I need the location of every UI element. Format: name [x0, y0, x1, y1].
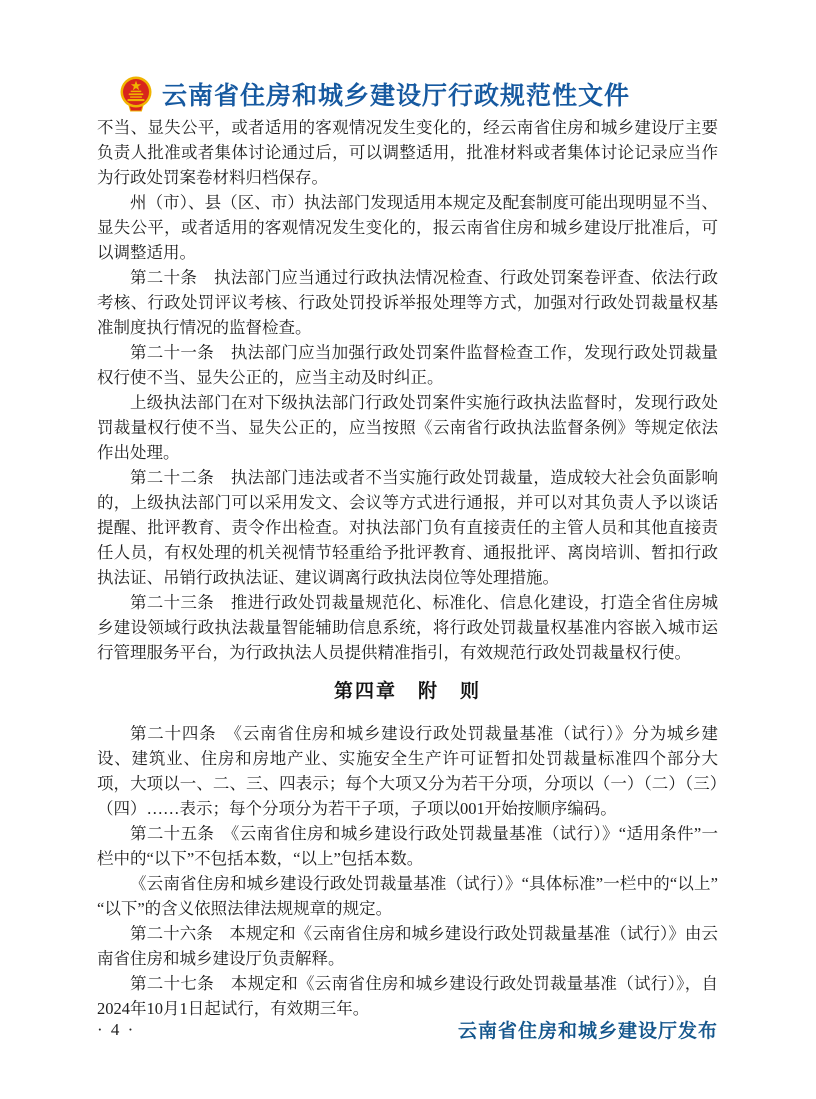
paragraph: 不当、显失公平，或者适用的客观情况发生变化的，经云南省住房和城乡建设厅主要负责人… [97, 115, 718, 190]
page-number: · 4 · [97, 1020, 135, 1040]
paragraph: 第二十四条 《云南省住房和城乡建设行政处罚裁量基准（试行）》分为城乡建设、建筑业… [97, 721, 718, 821]
paragraph: 第二十三条 推进行政处罚裁量规范化、标准化、信息化建设，打造全省住房城乡建设领域… [97, 590, 718, 665]
paragraph: 第二十二条 执法部门违法或者不当实施行政处罚裁量，造成较大社会负面影响的，上级执… [97, 465, 718, 590]
document-body: 不当、显失公平，或者适用的客观情况发生变化的，经云南省住房和城乡建设厅主要负责人… [97, 115, 718, 1021]
paragraph: 第二十七条 本规定和《云南省住房和城乡建设行政处罚裁量基准（试行）》，自2024… [97, 971, 718, 1021]
publisher-label: 云南省住房和城乡建设厅发布 [458, 1016, 718, 1043]
paragraph: 第二十六条 本规定和《云南省住房和城乡建设行政处罚裁量基准（试行）》由云南省住房… [97, 921, 718, 971]
document-header-title: 云南省住房和城乡建设厅行政规范性文件 [162, 76, 630, 112]
chapter-heading: 第四章 附 则 [97, 679, 718, 704]
national-emblem-icon [117, 75, 155, 113]
paragraph: 《云南省住房和城乡建设行政处罚裁量基准（试行）》“具体标准”一栏中的“以上”“以… [97, 871, 718, 921]
paragraph: 第二十条 执法部门应当通过行政执法情况检查、行政处罚案卷评查、依法行政考核、行政… [97, 265, 718, 340]
paragraph: 州（市）、县（区、市）执法部门发现适用本规定及配套制度可能出现明显不当、显失公平… [97, 190, 718, 265]
paragraph: 第二十一条 执法部门应当加强行政处罚案件监督检查工作，发现行政处罚裁量权行使不当… [97, 340, 718, 390]
document-page: 云南省住房和城乡建设厅行政规范性文件 不当、显失公平，或者适用的客观情况发生变化… [0, 0, 816, 1099]
document-footer: · 4 · 云南省住房和城乡建设厅发布 [97, 1016, 718, 1043]
document-header: 云南省住房和城乡建设厅行政规范性文件 [117, 75, 630, 113]
paragraph: 上级执法部门在对下级执法部门行政处罚案件实施行政执法监督时，发现行政处罚裁量权行… [97, 390, 718, 465]
paragraph: 第二十五条 《云南省住房和城乡建设行政处罚裁量基准（试行）》“适用条件”一栏中的… [97, 821, 718, 871]
